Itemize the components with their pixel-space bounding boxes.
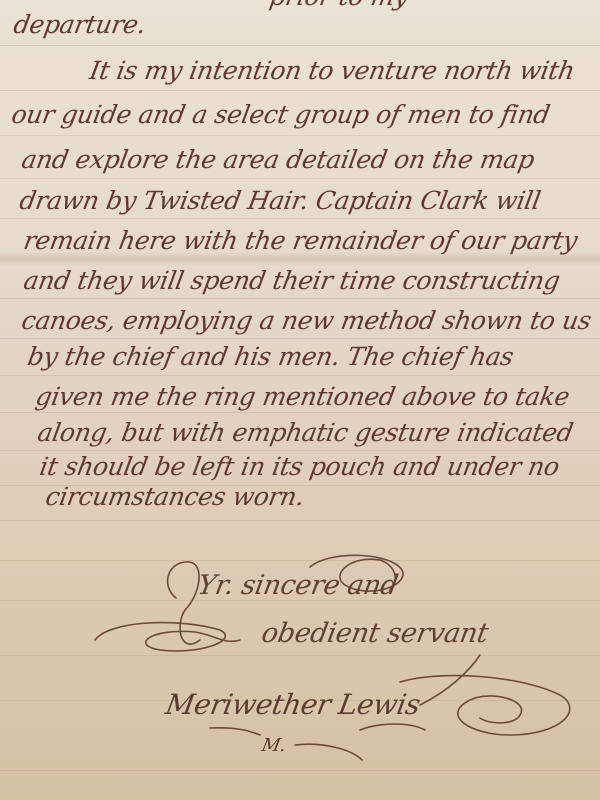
signature-name: Meriwether Lewis [163, 688, 423, 721]
closing-line-1: Yr. sincere and [195, 570, 400, 601]
closing-line-2: obedient servant [259, 618, 490, 649]
signature-initial: M. [260, 735, 287, 756]
letter-page: prior to my departure. It is my intentio… [0, 0, 600, 800]
calligraphic-flourish [0, 0, 600, 800]
